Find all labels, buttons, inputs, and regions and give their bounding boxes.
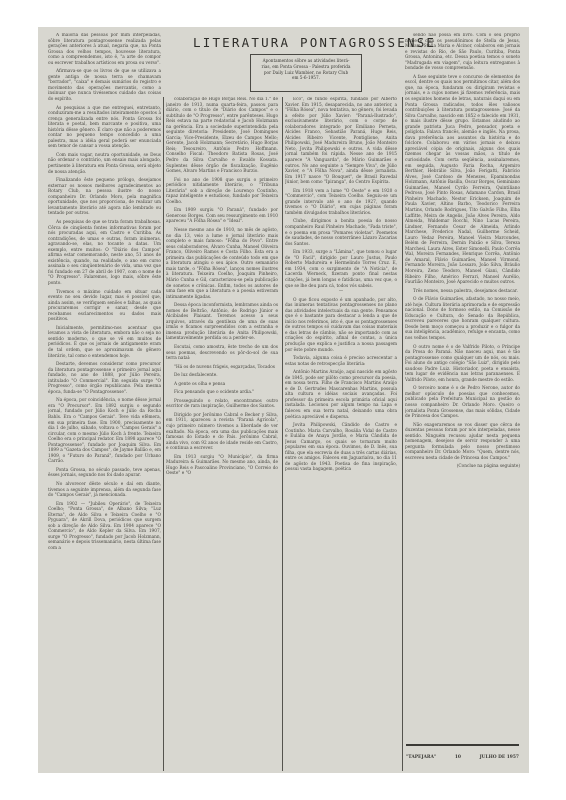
column-divider xyxy=(282,97,283,771)
paragraph: A fase seguinte teve o concurso de eleme… xyxy=(405,75,520,286)
column-3: Eco", de fundo espírita, fundado por Alb… xyxy=(285,97,397,769)
publication-name: "TAPEJARA" xyxy=(406,755,436,760)
column-1: A maioria das pessoas por mim interpelad… xyxy=(48,33,161,769)
subtitle-line: Apontamentos sôbre as atividades literá- xyxy=(255,58,357,64)
paragraph: Escutai, como amostra, êste trecho de um… xyxy=(166,345,278,362)
paragraph: Inicialmente, permitimo-nos acentuar que… xyxy=(48,326,161,359)
page-footer: "TAPEJARA" 10 JULHO DE 1957 xyxy=(406,755,519,760)
paragraph: Tivemos o máximo cuidado em situar cada … xyxy=(48,290,161,323)
paragraph: No alvorecer dêste século e daí em diant… xyxy=(48,482,161,499)
paragraph: Fica pensando que o ocidente ardia." xyxy=(166,390,278,396)
paragraph: Em 1913 surgiu "O Município", da firma M… xyxy=(166,455,278,477)
paragraph: Foi no ano de 1908 que surgiu o primeiro… xyxy=(166,178,278,206)
paragraph: Clube, dirigimos a bonita poesia do noss… xyxy=(285,219,397,247)
paragraph: Em 1918 vem a lume "O Oeste" e em 1920 o… xyxy=(285,189,397,217)
paragraph: As pesquisas a que me entreguei, entreta… xyxy=(48,106,161,150)
paragraph: Jovita Philipowski, Cândido de Castro e … xyxy=(285,423,397,473)
paragraph: O de Flávio Guimarães, afastado, no noss… xyxy=(405,297,520,341)
paragraph: A gente os olha e pensa xyxy=(166,382,278,388)
paragraph: O terceiro nome é o de Pedro Nerone, aut… xyxy=(405,386,520,419)
newspaper-page: LITERATURA PONTAGROSSENSE Apontamentos s… xyxy=(38,27,529,773)
paragraph: A maioria das pessoas por mim interpelad… xyxy=(48,33,161,66)
subtitle-line: em 5-6-1957. xyxy=(255,75,357,81)
page-title: LITERATURA PONTAGROSSENSE xyxy=(193,35,413,50)
paragraph: Afirmava-se que os livros de que se util… xyxy=(48,69,161,102)
paragraph: Prosseguindo o relato, encontramos outro… xyxy=(166,399,278,410)
paragraph: Dirigido por Jerônimo Cabral e Becker y … xyxy=(166,413,278,452)
paragraph: — xyxy=(285,289,397,295)
paragraph: sendo não possa em livro. Com o seu próp… xyxy=(405,33,520,72)
subtitle-box: Apontamentos sôbre as atividades literá-… xyxy=(250,54,362,92)
paragraph: Não exageraremos se vos disser que cêrca… xyxy=(405,423,520,462)
paragraph: colaboração de Hugo Borjas Reis. No dia … xyxy=(166,97,278,175)
paragraph: Na época, por coincidência, o nome dêsse… xyxy=(48,398,161,465)
paragraph: Ponta Grossa, no século passado, teve ap… xyxy=(48,468,161,479)
paragraph: Todavia, alguma coisa é preciso acrescen… xyxy=(285,356,397,367)
paragraph: As pesquisas de que se trata foram traba… xyxy=(48,220,161,287)
paragraph: Eco", de fundo espírita, fundado por Alb… xyxy=(285,97,397,186)
paragraph: Destarte, devemos considerar como precur… xyxy=(48,362,161,395)
paragraph: O outro nome é o de Valfrido Piloto, o P… xyxy=(405,345,520,384)
paragraph: Em 1933, surge a "Lâmina", que tomou o l… xyxy=(285,250,397,289)
paragraph: De luz desfalecente. xyxy=(166,373,278,379)
page-number: 10 xyxy=(455,755,461,760)
paragraph: (Conclue na página seguinte) xyxy=(405,464,520,470)
paragraph: Em 1909 surgiu "O Paraná", fundado por G… xyxy=(166,208,278,225)
paragraph: Nesse mesmo ano de 1910, no mês de agôst… xyxy=(166,228,278,300)
paragraph: Em 1902 — "Jubileu Operário", de Teixeir… xyxy=(48,502,161,552)
paragraph: Dessa época inconformista, lembramos ain… xyxy=(166,303,278,342)
paragraph: Três nomes, nessa palestra, desejamos de… xyxy=(405,289,520,295)
footer-rule xyxy=(406,744,519,746)
paragraph: O que ficou exposto é um apanhado, por a… xyxy=(285,298,397,353)
column-4: sendo não possa em livro. Com o seu próp… xyxy=(405,33,520,739)
subtitle-line: rias, em Ponta Grossa - Palestra proferi… xyxy=(255,64,357,70)
column-divider xyxy=(402,97,403,771)
paragraph: Antônio Martins Araújo, aqui nascido em … xyxy=(285,370,397,420)
paragraph: Finalizando êste pequeno prólogo, deseja… xyxy=(48,178,161,217)
issue-date: JULHO DE 1957 xyxy=(480,755,519,760)
paragraph: "Há os de nuvens frágeis, esgarçadas, To… xyxy=(166,365,278,371)
column-2: colaboração de Hugo Borjas Reis. No dia … xyxy=(166,97,278,769)
column-divider xyxy=(163,97,164,771)
paragraph: Com mais vagar, noutra oportunidade, se … xyxy=(48,153,161,175)
